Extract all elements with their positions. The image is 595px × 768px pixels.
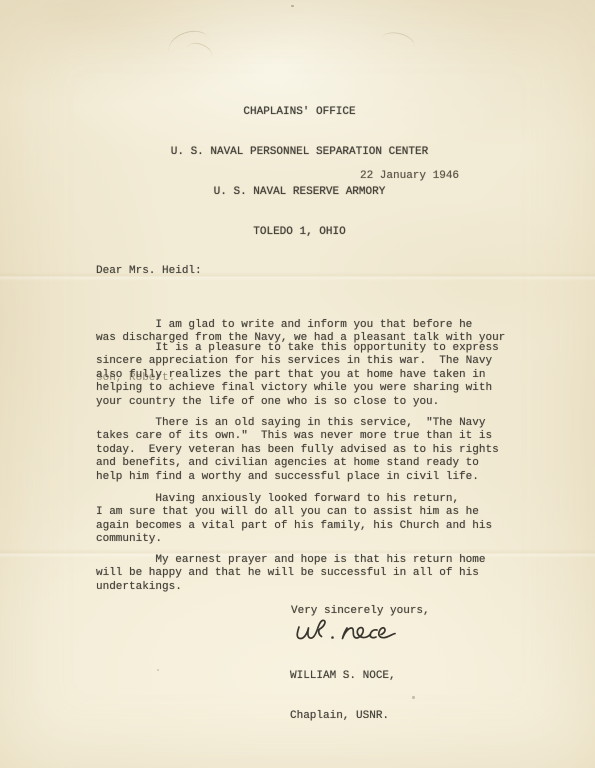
salutation: Dear Mrs. Heidl: (96, 265, 202, 278)
paragraph-5: My earnest prayer and hope is that his r… (96, 554, 566, 594)
handwritten-signature (292, 616, 407, 646)
letterhead: CHAPLAINS' OFFICE U. S. NAVAL PERSONNEL … (0, 79, 595, 267)
signer-typed-title: Chaplain, USNR. (290, 710, 396, 723)
signature-block: WILLIAM S. NOCE, Chaplain, USNR. (290, 643, 396, 750)
paper-speck (412, 696, 415, 699)
signer-typed-name: WILLIAM S. NOCE, (290, 670, 396, 683)
paper-speck (291, 5, 294, 7)
letterhead-armory: U. S. NAVAL RESERVE ARMORY (0, 186, 595, 199)
letterhead-center: U. S. NAVAL PERSONNEL SEPARATION CENTER (0, 146, 595, 159)
paragraph-3: There is an old saying in this service, … (96, 417, 566, 484)
signature-ink-strokes (292, 616, 407, 646)
paper-crease (381, 29, 416, 47)
paper-fold-line (0, 272, 595, 281)
paragraph-4: Having anxiously looked forward to his r… (96, 493, 566, 547)
paper-speck (157, 669, 159, 671)
letterhead-city: TOLEDO 1, OHIO (0, 226, 595, 239)
paper-crease (187, 39, 214, 56)
letterhead-office: CHAPLAINS' OFFICE (0, 106, 595, 119)
paragraph-2: It is a pleasure to take this opportunit… (96, 342, 566, 409)
letter-date: 22 January 1946 (360, 170, 459, 183)
letter-page: CHAPLAINS' OFFICE U. S. NAVAL PERSONNEL … (0, 0, 595, 768)
